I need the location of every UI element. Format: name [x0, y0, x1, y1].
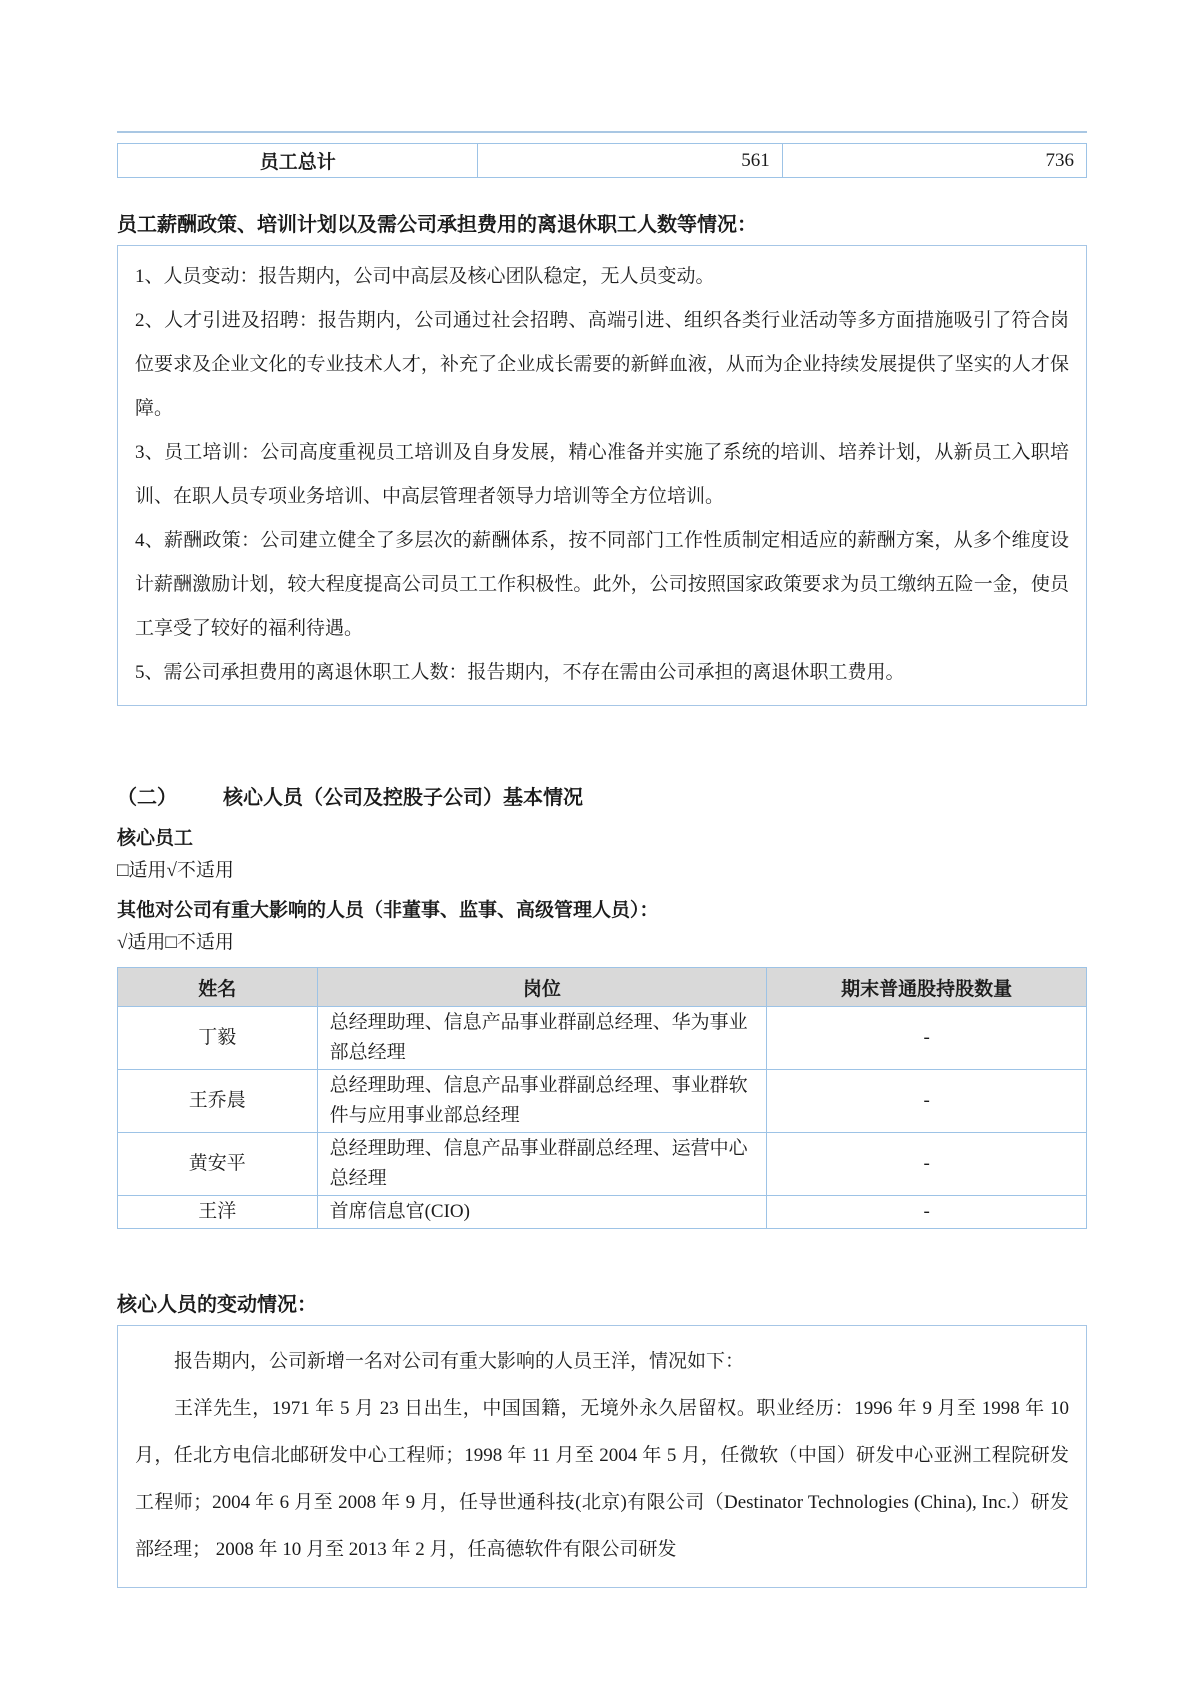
person-shares: -: [767, 1070, 1087, 1133]
person-shares: -: [767, 1196, 1087, 1229]
person-name: 黄安平: [118, 1133, 318, 1196]
core-people-table: 姓名 岗位 期末普通股持股数量 丁毅 总经理助理、信息产品事业群副总经理、华为事…: [117, 967, 1087, 1229]
policy-paragraph: 3、员工培训：公司高度重视员工培训及自身发展，精心准备并实施了系统的培训、培养计…: [135, 431, 1069, 519]
influential-applicability: √适用□不适用: [117, 929, 1087, 956]
changes-paragraph: 报告期内，公司新增一名对公司有重大影响的人员王洋，情况如下：: [135, 1338, 1069, 1385]
section-number: （二）: [117, 787, 177, 809]
policy-paragraph: 4、薪酬政策：公司建立健全了多层次的薪酬体系，按不同部门工作性质制定相适应的薪酬…: [135, 519, 1069, 651]
person-shares: -: [767, 1007, 1087, 1070]
employee-total-table: 员工总计 561 736: [117, 143, 1087, 178]
policy-text-box: 1、人员变动：报告期内，公司中高层及核心团队稳定，无人员变动。 2、人才引进及招…: [117, 245, 1087, 706]
table-row: 王乔晨 总经理助理、信息产品事业群副总经理、事业群软件与应用事业部总经理 -: [118, 1070, 1087, 1133]
changes-text-box: 报告期内，公司新增一名对公司有重大影响的人员王洋，情况如下： 王洋先生，1971…: [117, 1325, 1087, 1588]
policy-paragraph: 2、人才引进及招聘：报告期内，公司通过社会招聘、高端引进、组织各类行业活动等多方…: [135, 299, 1069, 431]
person-name: 王乔晨: [118, 1070, 318, 1133]
column-header-position: 岗位: [317, 968, 767, 1007]
table-header-row: 姓名 岗位 期末普通股持股数量: [118, 968, 1087, 1007]
person-position: 首席信息官(CIO): [317, 1196, 767, 1229]
changes-section-heading: 核心人员的变动情况：: [117, 1291, 1087, 1319]
column-header-name: 姓名: [118, 968, 318, 1007]
core-staff-label: 核心员工: [117, 826, 1087, 852]
influential-people-label: 其他对公司有重大影响的人员（非董事、监事、高级管理人员）：: [117, 898, 1087, 924]
policy-paragraph: 1、人员变动：报告期内，公司中高层及核心团队稳定，无人员变动。: [135, 255, 1069, 299]
core-section-heading: （二）核心人员（公司及控股子公司）基本情况: [117, 784, 1087, 812]
page-break-table-rule: [117, 131, 1087, 133]
changes-paragraph: 王洋先生，1971 年 5 月 23 日出生，中国国籍，无境外永久居留权。职业经…: [135, 1385, 1069, 1573]
person-name: 王洋: [118, 1196, 318, 1229]
document-page: { "colors": { "table_border": "#9dc3e6",…: [0, 0, 1200, 1697]
person-position: 总经理助理、信息产品事业群副总经理、事业群软件与应用事业部总经理: [317, 1070, 767, 1133]
person-shares: -: [767, 1133, 1087, 1196]
table-row: 王洋 首席信息官(CIO) -: [118, 1196, 1087, 1229]
person-position: 总经理助理、信息产品事业群副总经理、运营中心总经理: [317, 1133, 767, 1196]
policy-paragraph: 5、需公司承担费用的离退休职工人数：报告期内，不存在需由公司承担的离退休职工费用…: [135, 651, 1069, 695]
page-content: 员工总计 561 736 员工薪酬政策、培训计划以及需公司承担费用的离退休职工人…: [117, 131, 1087, 1588]
table-row: 员工总计 561 736: [118, 144, 1087, 178]
employee-total-value-2: 736: [782, 144, 1086, 178]
core-staff-applicability: □适用√不适用: [117, 857, 1087, 884]
employee-total-label: 员工总计: [118, 144, 478, 178]
table-row: 丁毅 总经理助理、信息产品事业群副总经理、华为事业部总经理 -: [118, 1007, 1087, 1070]
column-header-shares: 期末普通股持股数量: [767, 968, 1087, 1007]
employee-total-value-1: 561: [478, 144, 782, 178]
policy-section-heading: 员工薪酬政策、培训计划以及需公司承担费用的离退休职工人数等情况：: [117, 211, 1087, 239]
person-position: 总经理助理、信息产品事业群副总经理、华为事业部总经理: [317, 1007, 767, 1070]
table-row: 黄安平 总经理助理、信息产品事业群副总经理、运营中心总经理 -: [118, 1133, 1087, 1196]
person-name: 丁毅: [118, 1007, 318, 1070]
section-title: 核心人员（公司及控股子公司）基本情况: [223, 787, 583, 809]
